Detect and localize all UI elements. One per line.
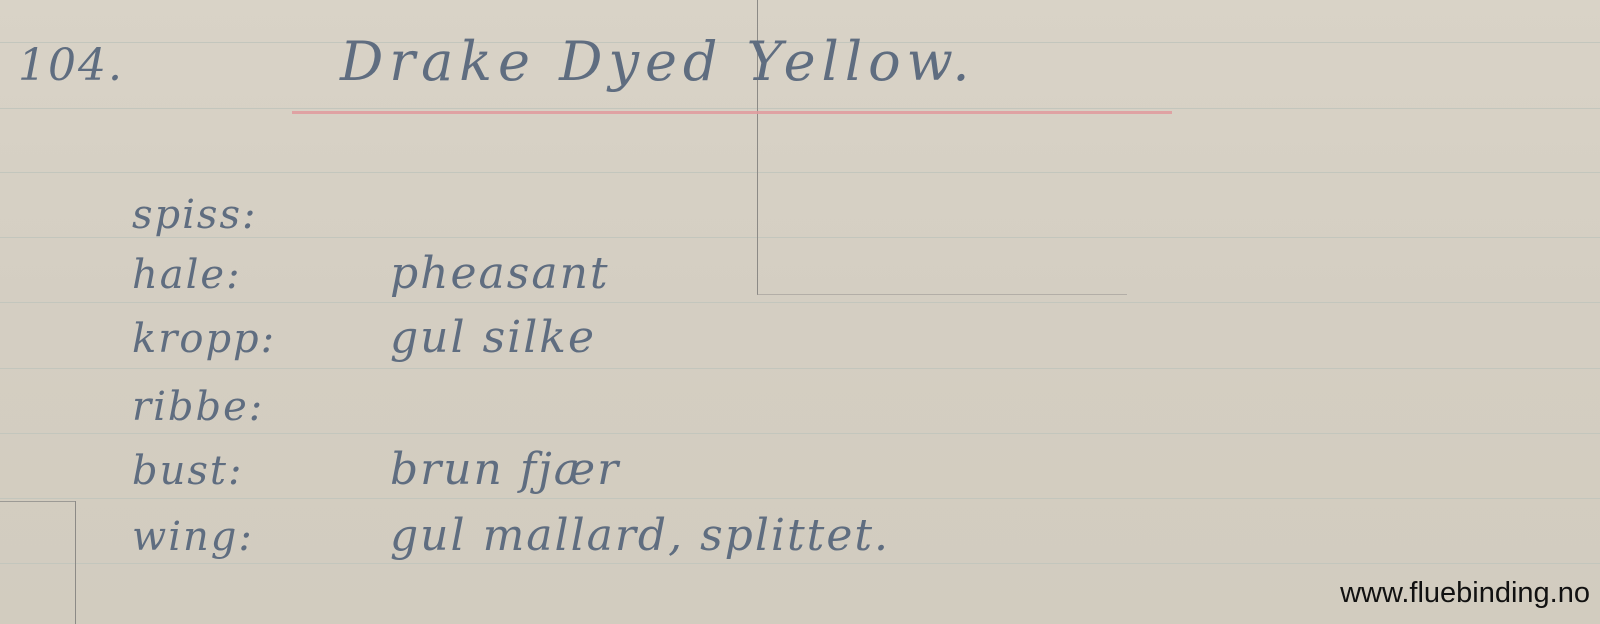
fold-line-horizontal [757,294,1127,295]
field-value-kropp: gul silke [390,312,596,363]
corner-mark-horizontal [0,501,76,502]
ruled-line [0,172,1600,173]
corner-mark-vertical [75,501,76,624]
ruled-line [0,563,1600,564]
entry-number: 104. [18,40,124,91]
field-label-ribbe: ribbe: [132,384,264,430]
ruled-line [0,498,1600,499]
field-value-wing: gul mallard, splittet. [390,510,890,561]
field-label-kropp: kropp: [132,316,276,362]
field-label-wing: wing: [132,514,254,560]
ruled-line [0,108,1600,109]
ruled-line [0,433,1600,434]
title-underline [292,111,1172,114]
field-value-hale: pheasant [390,248,610,299]
ruled-line [0,368,1600,369]
field-value-bust: brun fjær [390,444,620,495]
notebook-page: 104. Drake Dyed Yellow. spiss: hale: phe… [0,0,1600,624]
fly-title: Drake Dyed Yellow. [340,30,976,93]
site-watermark: www.fluebinding.no [1340,577,1590,610]
ruled-line [0,302,1600,303]
field-label-hale: hale: [132,252,242,298]
field-label-spiss: spiss: [132,192,257,238]
field-label-bust: bust: [132,448,243,494]
